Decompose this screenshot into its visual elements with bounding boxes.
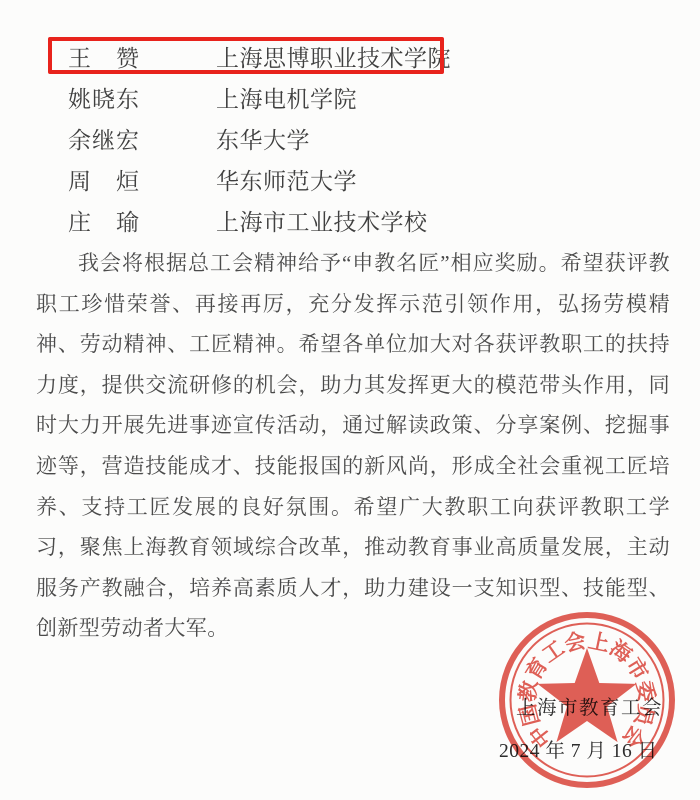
table-row: 姚晓东 上海电机学院 — [0, 77, 700, 118]
recipient-name: 姚晓东 — [68, 81, 142, 114]
recipient-name: 余继宏 — [68, 122, 142, 155]
recipient-name: 王 赞 — [68, 40, 142, 73]
recipient-list: 王 赞 上海思博职业技术学院 姚晓东 上海电机学院 余继宏 东华大学 周 烜 华… — [0, 36, 700, 241]
table-row: 庄 瑜 上海市工业技术学校 — [0, 200, 700, 241]
recipient-institution: 东华大学 — [216, 122, 310, 155]
seal-ring-char: 委 — [632, 679, 659, 703]
recipient-institution: 上海电机学院 — [216, 81, 357, 114]
official-seal: 中国教育工会上海市委员会 — [487, 600, 687, 800]
seal-ring-char: 会 — [562, 628, 587, 656]
recipient-institution: 华东师范大学 — [216, 163, 357, 196]
recipient-institution: 上海思博职业技术学院 — [216, 40, 451, 73]
seal-ring-char: 国 — [516, 702, 545, 728]
table-row: 周 烜 华东师范大学 — [0, 159, 700, 200]
body-paragraph: 我会将根据总工会精神给予“申教名匠”相应奖励。希望获评教职工珍惜荣誉、再接再厉，… — [36, 243, 670, 649]
scanned-document-page: 王 赞 上海思博职业技术学院 姚晓东 上海电机学院 余继宏 东华大学 周 烜 华… — [0, 0, 700, 800]
table-row: 余继宏 东华大学 — [0, 118, 700, 159]
recipient-name: 庄 瑜 — [68, 204, 142, 237]
table-row: 王 赞 上海思博职业技术学院 — [0, 36, 700, 77]
recipient-institution: 上海市工业技术学校 — [216, 204, 428, 237]
recipient-name: 周 烜 — [68, 163, 142, 196]
